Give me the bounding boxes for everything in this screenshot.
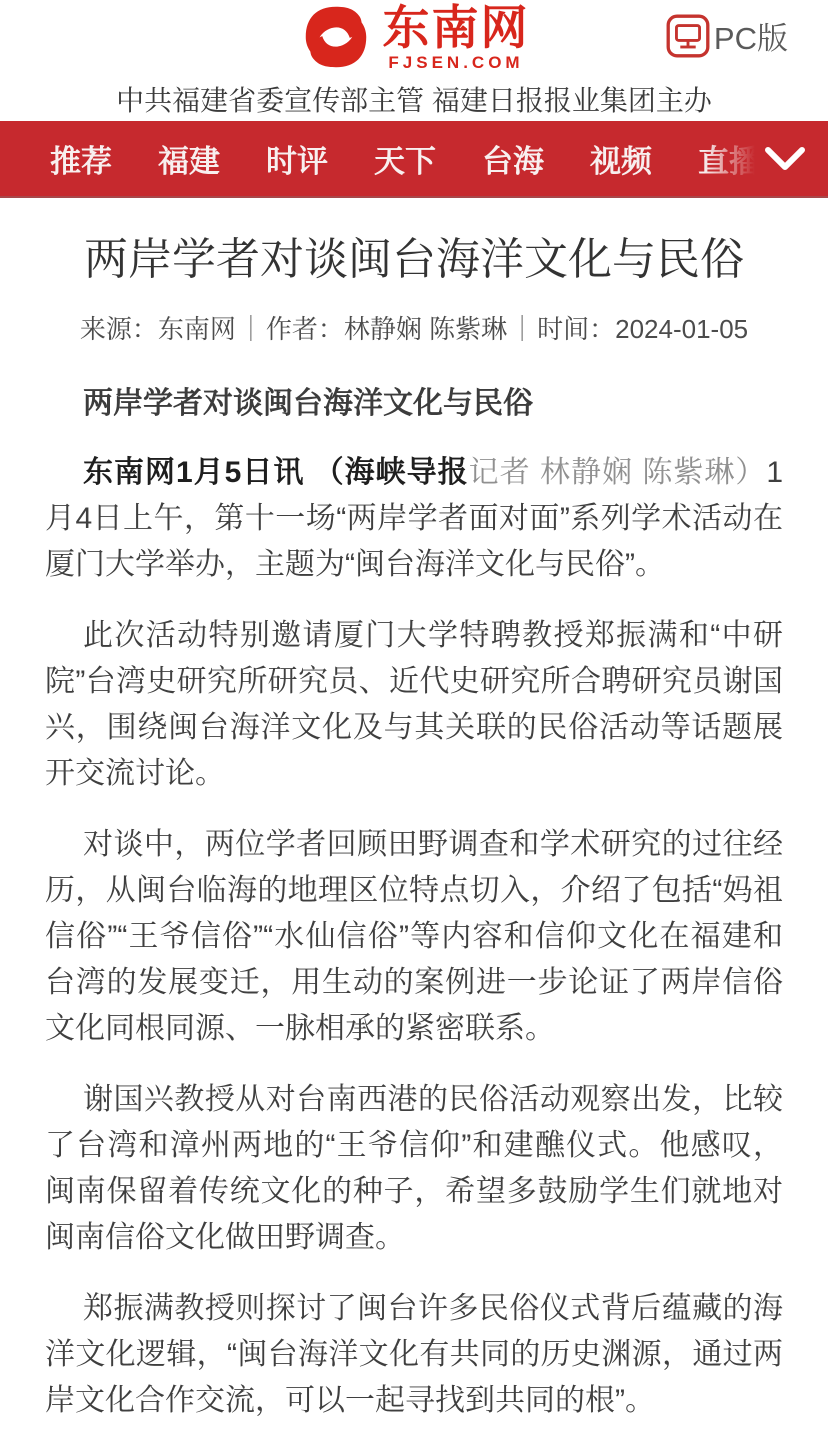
meta-author: 作者：林静娴 陈紫琳 [266, 314, 507, 344]
meta-divider: ｜ [509, 314, 535, 344]
paragraph-lead: 东南网1月5日讯 （海峡导报 [83, 456, 469, 489]
article-paragraph-1: 东南网1月5日讯 （海峡导报记者 林静娴 陈紫琳）1月4日上午，第十一场“两岸学… [45, 450, 783, 588]
article-paragraph-4: 谢国兴教授从对台南西港的民俗活动观察出发，比较了台湾和漳州两地的“王爷信仰”和建… [45, 1077, 783, 1261]
article-paragraph-3: 对谈中，两位学者回顾田野调查和学术研究的过往经历，从闽台临海的地理区位特点切入，… [45, 822, 783, 1052]
article-paragraph-5: 郑振满教授则探讨了闽台许多民俗仪式背后蕴藏的海洋文化逻辑，“闽台海洋文化有共同的… [45, 1286, 783, 1424]
nav-item-live[interactable]: 直播 [698, 136, 760, 181]
monitor-icon [666, 14, 710, 58]
chevron-down-icon[interactable] [764, 146, 806, 172]
logo-name: 东南网 [383, 4, 530, 51]
nav-item-fujian[interactable]: 福建 [158, 136, 220, 181]
article-title: 两岸学者对谈闽台海洋文化与民俗 [45, 232, 783, 287]
meta-source: 来源：东南网 [80, 314, 236, 344]
main-navbar: 推荐 福建 时评 天下 台海 视频 直播 [0, 121, 828, 198]
nav-item-video[interactable]: 视频 [590, 136, 652, 181]
nav-item-recommend[interactable]: 推荐 [50, 136, 112, 181]
site-header: 东南网 FJSEN.COM PC版 中共福建省委宣传部主管 福建日报报业集团主办 [0, 0, 828, 121]
nav-item-commentary[interactable]: 时评 [266, 136, 328, 181]
logo-text: 东南网 FJSEN.COM [383, 4, 530, 73]
logo-domain: FJSEN.COM [388, 53, 523, 73]
nav-item-taiwan-strait[interactable]: 台海 [482, 136, 544, 181]
meta-divider: ｜ [238, 314, 264, 344]
meta-time: 时间：2024-01-05 [537, 314, 748, 344]
article-subheading: 两岸学者对谈闽台海洋文化与民俗 [45, 383, 783, 425]
pc-version-label: PC版 [714, 13, 788, 58]
article-container: 两岸学者对谈闽台海洋文化与民俗 来源：东南网｜作者：林静娴 陈紫琳｜时间：202… [0, 232, 828, 1438]
article-meta: 来源：东南网｜作者：林静娴 陈紫琳｜时间：2024-01-05 [45, 313, 783, 347]
article-paragraph-2: 此次活动特别邀请厦门大学特聘教授郑振满和“中研院”台湾史研究所研究员、近代史研究… [45, 613, 783, 797]
site-tagline: 中共福建省委宣传部主管 福建日报报业集团主办 [0, 79, 828, 119]
paragraph-reporters: 记者 林静娴 陈紫琳） [469, 456, 767, 489]
pc-version-button[interactable]: PC版 [666, 13, 788, 58]
nav-item-world[interactable]: 天下 [374, 136, 436, 181]
logo-swirl-icon [299, 4, 373, 70]
